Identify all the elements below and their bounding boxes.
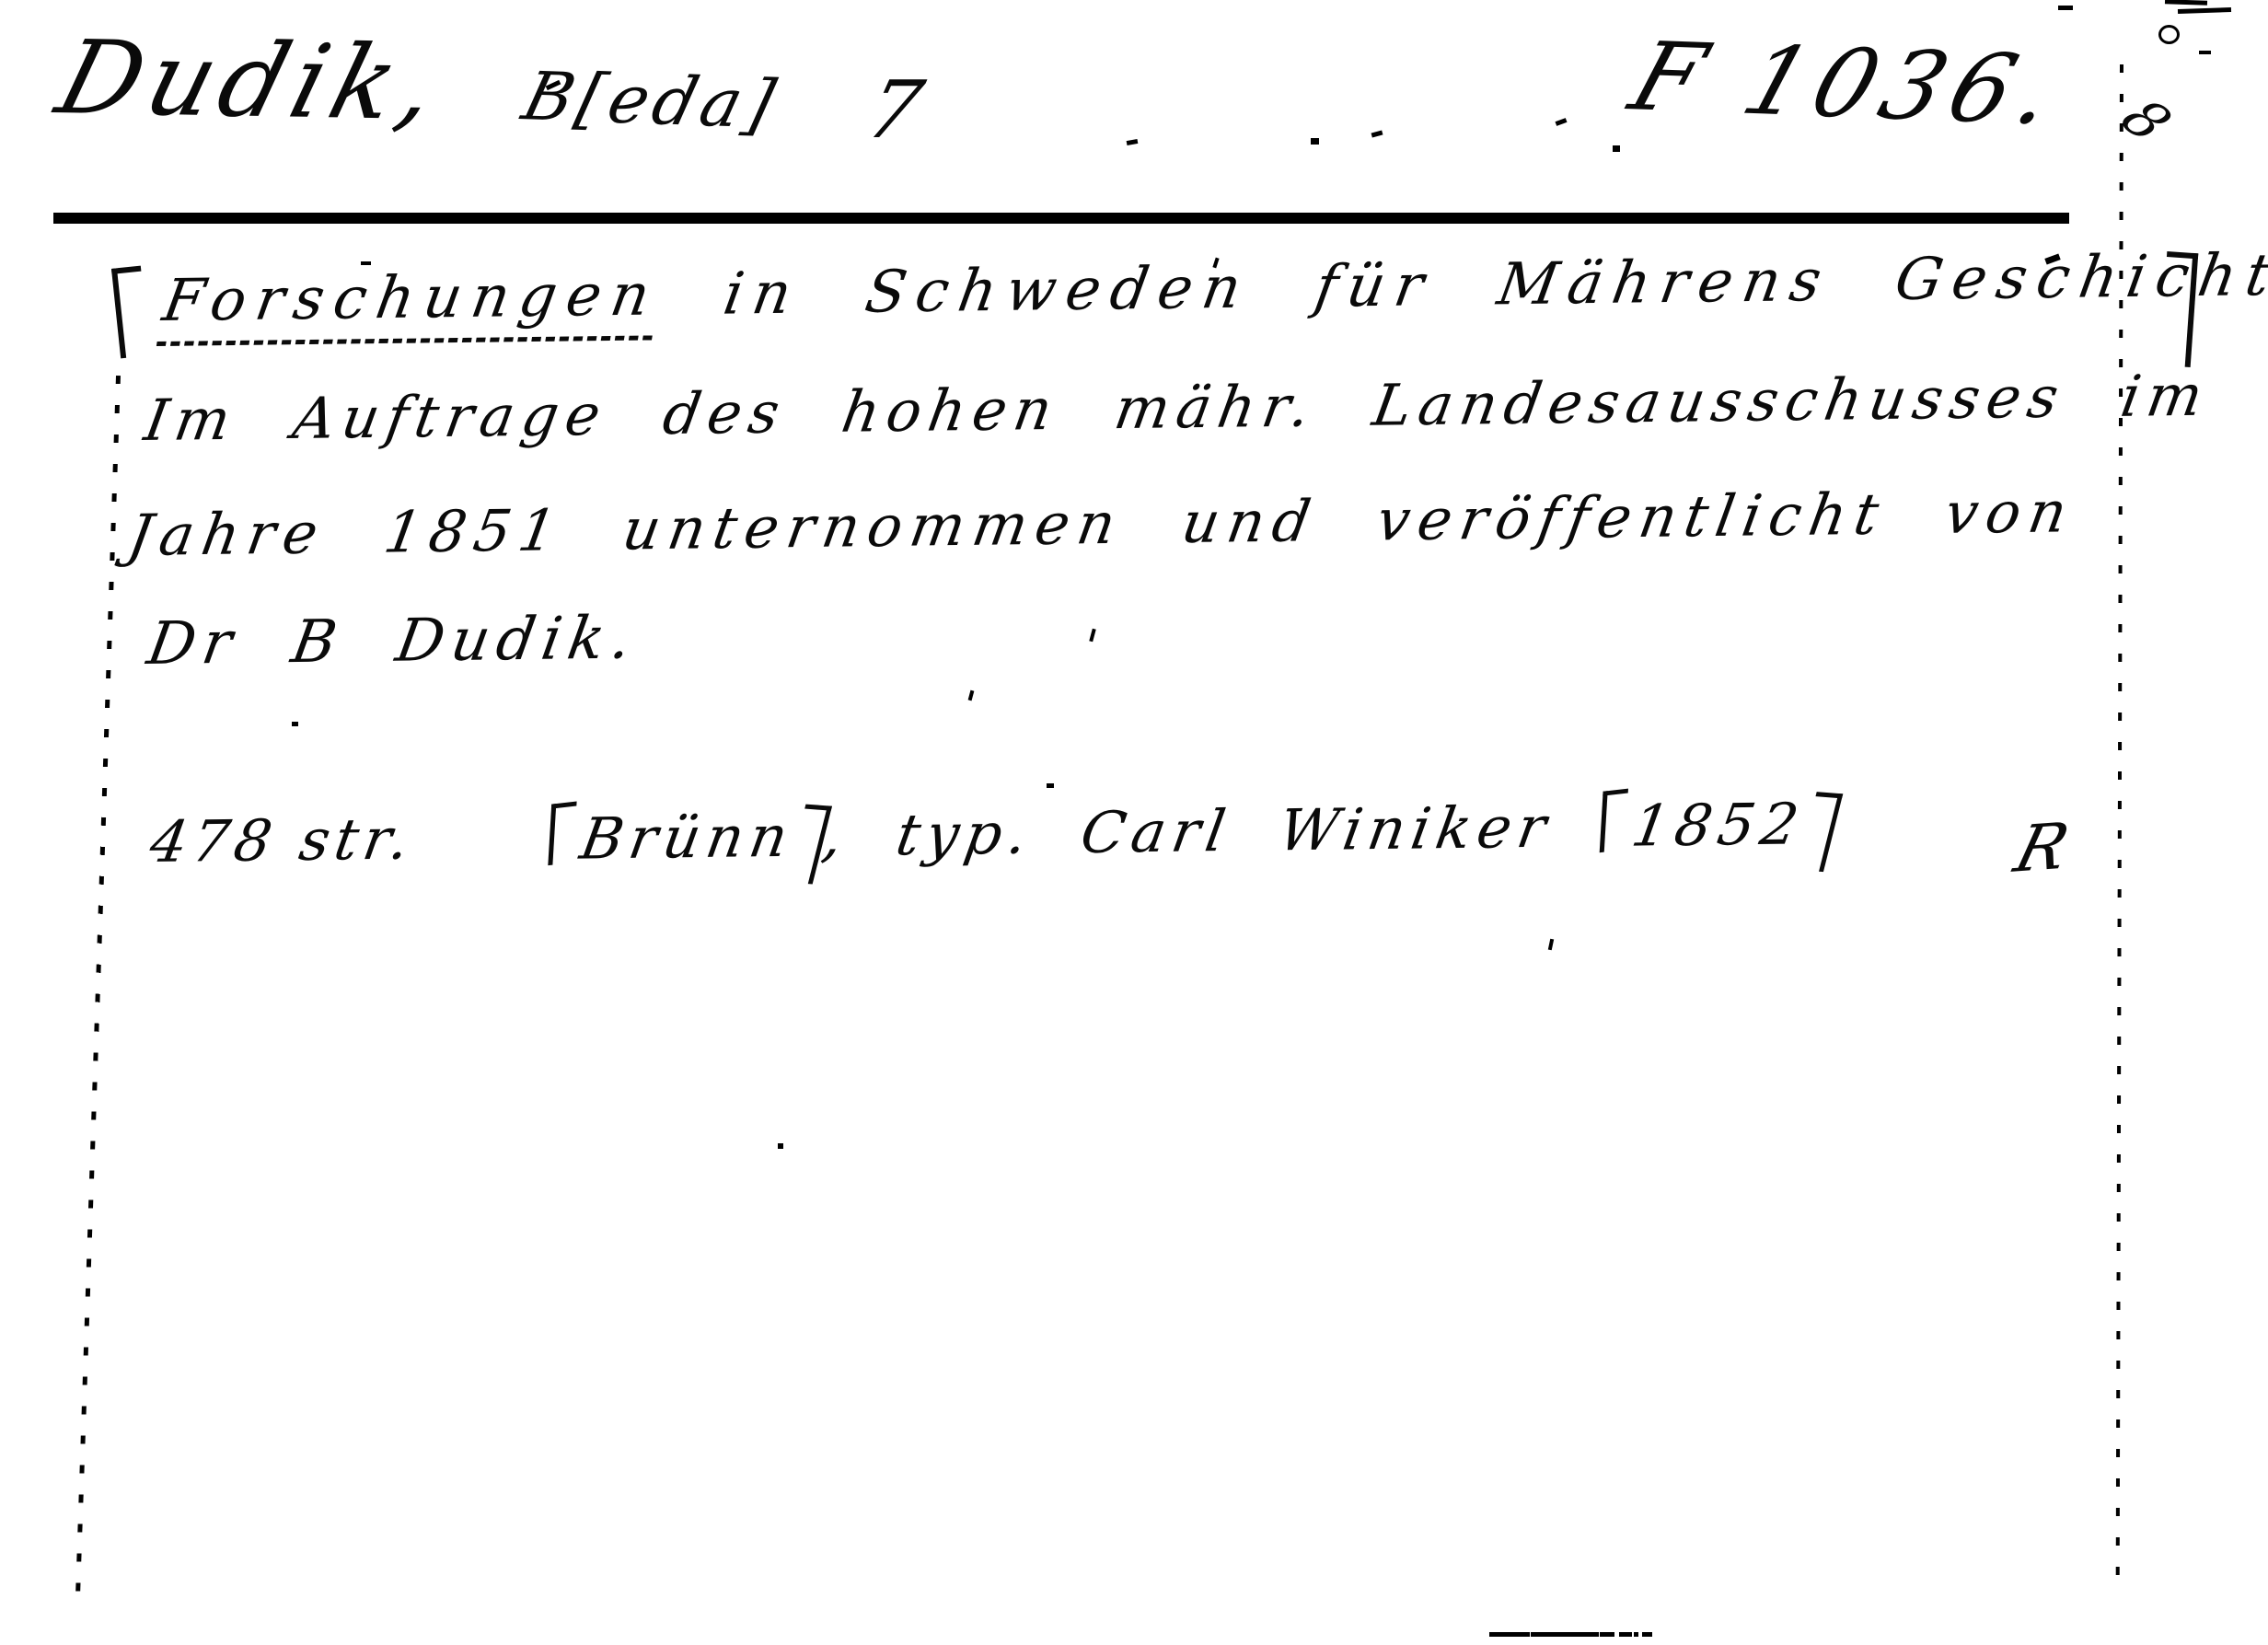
ink-speck [778,1143,783,1149]
catalog-card: Dudik, B[eda] 7 F 1036. 8 Forschungen in… [0,0,2268,1645]
bottom-dash-segment [1634,1632,1638,1637]
imprint-statement: Brünn, typ. Carl Winiker 1852 [541,787,1841,886]
imprint-year: 1852 [1627,790,1810,859]
imprint-place: Brünn [576,803,799,873]
ink-speck [2199,51,2211,54]
ink-speck [2158,25,2180,44]
ink-speck [2058,6,2073,10]
ink-speck [1613,145,1620,152]
author-surname: Dudik, [46,18,457,143]
ink-speck [1371,131,1383,138]
half-bracket-open-icon [1600,789,1628,853]
ink-speck [1089,629,1095,643]
ink-speck [1311,138,1319,145]
bottom-dash-segment [1619,1632,1632,1637]
title-line-1: Forschungen in Schweden für Mährens Gesc… [158,240,2268,334]
extent-statement: 478 str. [145,805,420,875]
title-line-4: Dr B Dudik. [143,605,643,678]
ink-speck [292,722,298,726]
ink-speck [2178,7,2231,14]
left-margin-dotted-line [75,376,121,1594]
imprint-publisher: , typ. Carl Winiker [818,794,1557,870]
ownership-mark: R [2008,808,2077,886]
bottom-dash-segment [1531,1632,1599,1637]
bottom-dash-segment [1600,1632,1614,1637]
bottom-dash-segment [1642,1632,1652,1637]
title-line-1-rest: in Schweden für Mährens Geschichte [654,240,2268,328]
bottom-dash-segment [1489,1632,1530,1637]
title-underlined-word: Forschungen [156,261,665,346]
ink-speck [2165,0,2207,6]
author-forename: B[eda] [515,57,787,144]
ink-speck [1556,118,1568,126]
shelfmark: F 1036. [1618,22,2077,146]
part-number: 7 [858,64,931,156]
half-bracket-open-icon [548,801,576,865]
title-line-2: Im Auftrage des hohen mähr. Landesaussch… [140,362,2215,454]
ink-speck [361,261,371,265]
ink-speck [1127,139,1139,145]
title-line-3: Jahre 1851 unternommen und veröffentlich… [123,478,2080,569]
ink-speck [1548,939,1554,951]
ink-speck [1047,783,1054,788]
half-bracket-open-icon [111,266,150,359]
ink-speck [968,690,975,701]
header-rule [53,213,2069,224]
